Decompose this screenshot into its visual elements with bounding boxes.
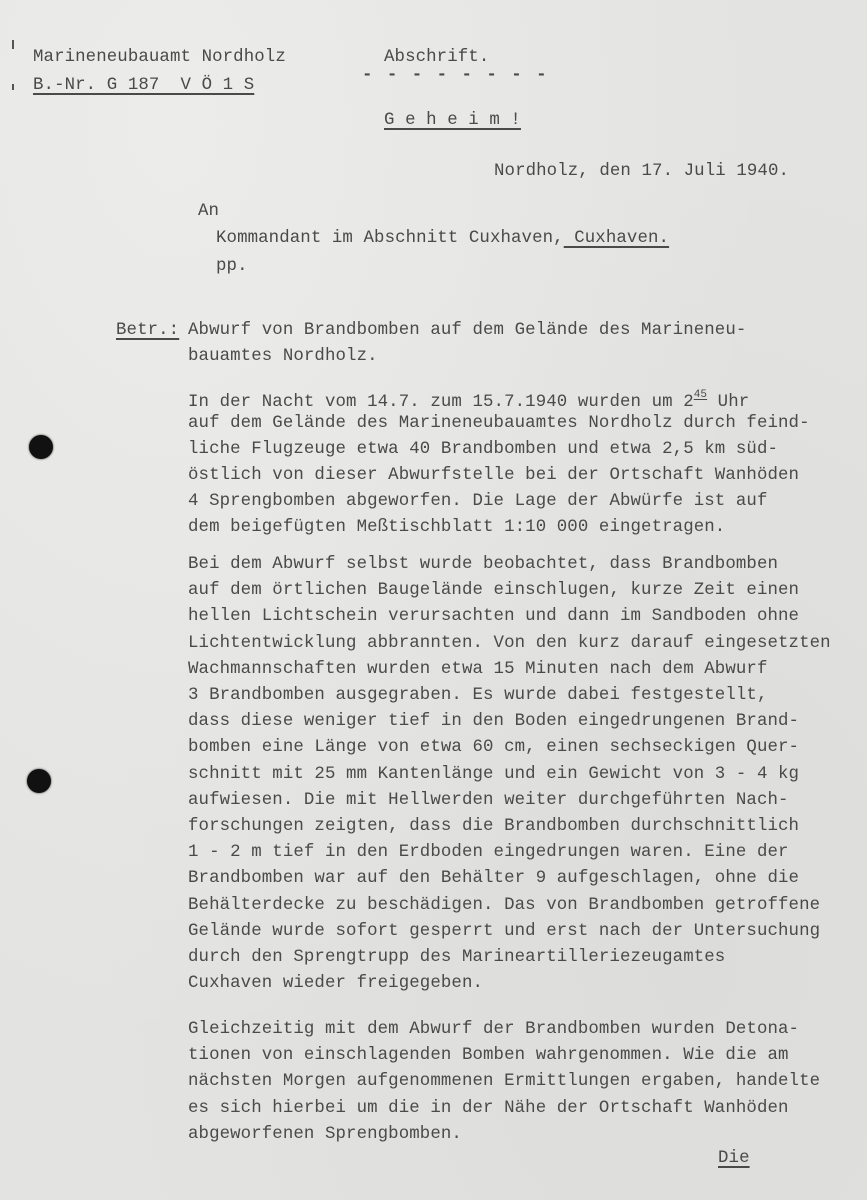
- paragraph-line: Behälterdecke zu beschädigen. Das von Br…: [188, 893, 820, 919]
- catchword: Die: [718, 1146, 750, 1172]
- paragraph-line: abgeworfenen Sprengbomben.: [188, 1122, 462, 1148]
- paragraph-line: hellen Lichtschein verursachten und dann…: [188, 604, 799, 630]
- subject-line: Abwurf von Brandbomben auf dem Gelände d…: [188, 318, 746, 344]
- paragraph-line: 1 - 2 m tief in den Erdboden eingedrunge…: [188, 840, 789, 866]
- paragraph-line: Lichtentwicklung abbrannten. Von den kur…: [188, 631, 831, 657]
- date-line: Nordholz, den 17. Juli 1940.: [494, 159, 789, 185]
- paragraph-line: Gelände wurde sofort gesperrt und erst n…: [188, 919, 820, 945]
- paragraph-line: es sich hierbei um die in der Nähe der O…: [188, 1096, 789, 1122]
- paragraph-line: dass diese weniger tief in den Boden ein…: [188, 709, 799, 735]
- reference-number: B.-Nr. G 187 V Ö 1 S: [33, 73, 254, 99]
- paragraph-line: Cuxhaven wieder freigegeben.: [188, 971, 483, 997]
- sender-office: Marineneubauamt Nordholz: [33, 45, 286, 71]
- paragraph-line: 4 Sprengbomben abgeworfen. Die Lage der …: [188, 489, 767, 515]
- paragraph-line: Bei dem Abwurf selbst wurde beobachtet, …: [188, 552, 778, 578]
- paragraph-line: östlich von dieser Abwurfstelle bei der …: [188, 463, 799, 489]
- paragraph-line: tionen von einschlagenden Bomben wahrgen…: [188, 1043, 789, 1069]
- paragraph-line: auf dem örtlichen Baugelände einschlugen…: [188, 578, 799, 604]
- classification-stamp: G e h e i m !: [384, 108, 521, 134]
- recipient-closing: pp.: [216, 254, 248, 280]
- recipient-block: Kommandant im Abschnitt Cuxhaven, Cuxhav…: [216, 226, 669, 252]
- text-run: In der Nacht vom 14.7. zum 15.7.1940 wur…: [188, 393, 694, 412]
- paragraph-line: aufwiesen. Die mit Hellwerden weiter dur…: [188, 788, 789, 814]
- paragraph-line: liche Flugzeuge etwa 40 Brandbomben und …: [188, 437, 778, 463]
- paragraph-line: forschungen zeigten, dass die Brandbombe…: [188, 814, 799, 840]
- paragraph-line: Gleichzeitig mit dem Abwurf der Brandbom…: [188, 1017, 799, 1043]
- margin-mark: [12, 84, 14, 90]
- paragraph-line: schnitt mit 25 mm Kantenlänge und ein Ge…: [188, 762, 799, 788]
- time-superscript: 45: [694, 389, 707, 401]
- paragraph-line: dem beigefügten Meßtischblatt 1:10 000 e…: [188, 515, 725, 541]
- margin-mark: [12, 40, 14, 49]
- copy-rule: - - - - - - - -: [362, 63, 549, 89]
- paragraph-line: bomben eine Länge von etwa 60 cm, einen …: [188, 735, 799, 761]
- punch-hole: [29, 435, 53, 459]
- paragraph-line: auf dem Gelände des Marineneubauamtes No…: [188, 411, 810, 437]
- subject-label: Betr.:: [116, 318, 179, 344]
- paragraph-line: 3 Brandbomben ausgegraben. Es wurde dabe…: [188, 683, 767, 709]
- paragraph-line: Brandbomben war auf den Behälter 9 aufge…: [188, 866, 799, 892]
- recipient-name: Kommandant im Abschnitt Cuxhaven,: [216, 229, 564, 248]
- recipient-salutation: An: [198, 199, 219, 225]
- paragraph-line: nächsten Morgen aufgenommenen Ermittlung…: [188, 1069, 820, 1095]
- paragraph-line: durch den Sprengtrupp des Marineartiller…: [188, 945, 725, 971]
- text-run: Uhr: [707, 393, 749, 412]
- paragraph-line: Wachmannschaften wurden etwa 15 Minuten …: [188, 657, 767, 683]
- recipient-city: Cuxhaven.: [564, 229, 669, 248]
- punch-hole: [27, 769, 51, 793]
- document-page: Marineneubauamt Nordholz B.-Nr. G 187 V …: [0, 0, 867, 1200]
- subject-line: bauamtes Nordholz.: [188, 344, 378, 370]
